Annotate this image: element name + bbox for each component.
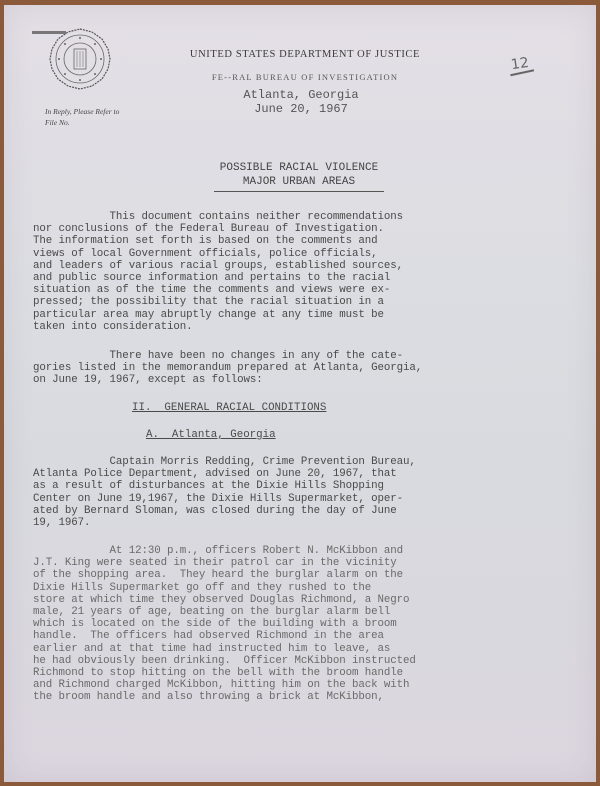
text-line: pressed; the possibility that the racial… [33,296,403,308]
text-line: which is located on the side of the buil… [33,618,416,630]
file-no-label: File No. [45,117,119,128]
text-line: taken into consideration. [33,321,403,333]
text-line: on June 19, 1967, except as follows: [33,374,422,386]
text-line: Richmond to stop hitting on the bell wit… [33,667,416,679]
text-line: male, 21 years of age, beating on the bu… [33,606,416,618]
text-line: handle. The officers had observed Richmo… [33,630,416,642]
incident-paragraph: At 12:30 p.m., officers Robert N. McKibb… [33,545,416,704]
text-line: Dixie Hills Supermarket go off and they … [33,582,416,594]
text-line: At 12:30 p.m., officers Robert N. McKibb… [33,545,416,557]
text-line: the broom handle and also throwing a bri… [33,691,416,703]
text-line: J.T. King were seated in their patrol ca… [33,557,416,569]
text-line: There have been no changes in any of the… [33,350,422,362]
title-line-2: MAJOR URBAN AREAS [220,175,378,189]
text-line: nor conclusions of the Federal Bureau of… [33,223,403,235]
redding-paragraph: Captain Morris Redding, Crime Prevention… [33,456,416,529]
text-line: Captain Morris Redding, Crime Prevention… [33,456,416,468]
seal-mark [32,31,66,34]
document-title: POSSIBLE RACIAL VIOLENCE MAJOR URBAN ARE… [4,161,596,192]
text-line: 19, 1967. [33,517,416,529]
changes-paragraph: There have been no changes in any of the… [33,350,422,387]
text-line: he had obviously been drinking. Officer … [33,655,416,667]
department-name: UNITED STATES DEPARTMENT OF JUSTICE [4,49,596,60]
text-line: store at which time they observed Dougla… [33,594,416,606]
text-line: The information set forth is based on th… [33,235,403,247]
text-line: ated by Bernard Sloman, was closed durin… [33,505,416,517]
place-and-date: Atlanta, Georgia June 20, 1967 [4,88,596,116]
disclaimer-paragraph: This document contains neither recommend… [33,211,403,333]
text-line: Center on June 19,1967, the Dixie Hills … [33,493,416,505]
bureau-name: FE--RAL BUREAU OF INVESTIGATION [4,72,596,82]
text-line: situation as of the time the comments an… [33,284,403,296]
location: Atlanta, Georgia [5,88,597,102]
text-line: of the shopping area. They heard the bur… [33,569,416,581]
text-line: and public source information and pertai… [33,272,403,284]
text-line: and leaders of various racial groups, es… [33,260,403,272]
text-line: particular area may abruptly change at a… [33,309,403,321]
subsection-heading: A. Atlanta, Georgia [146,429,276,441]
date: June 20, 1967 [5,102,597,116]
text-line: earlier and at that time had instructed … [33,643,416,655]
text-line: Atlanta Police Department, advised on Ju… [33,468,416,480]
text-line: This document contains neither recommend… [33,211,403,223]
text-line: and Richmond charged McKibbon, hitting h… [33,679,416,691]
document-page: UNITED STATES DEPARTMENT OF JUSTICE FE--… [4,5,596,782]
text-line: as a result of disturbances at the Dixie… [33,480,416,492]
text-line: gories listed in the memorandum prepared… [33,362,422,374]
section-heading: II. GENERAL RACIAL CONDITIONS [132,402,326,414]
handwritten-page-number: 12 [510,55,530,73]
text-line: views of local Government officials, pol… [33,248,403,260]
title-line-1: POSSIBLE RACIAL VIOLENCE [220,161,378,175]
